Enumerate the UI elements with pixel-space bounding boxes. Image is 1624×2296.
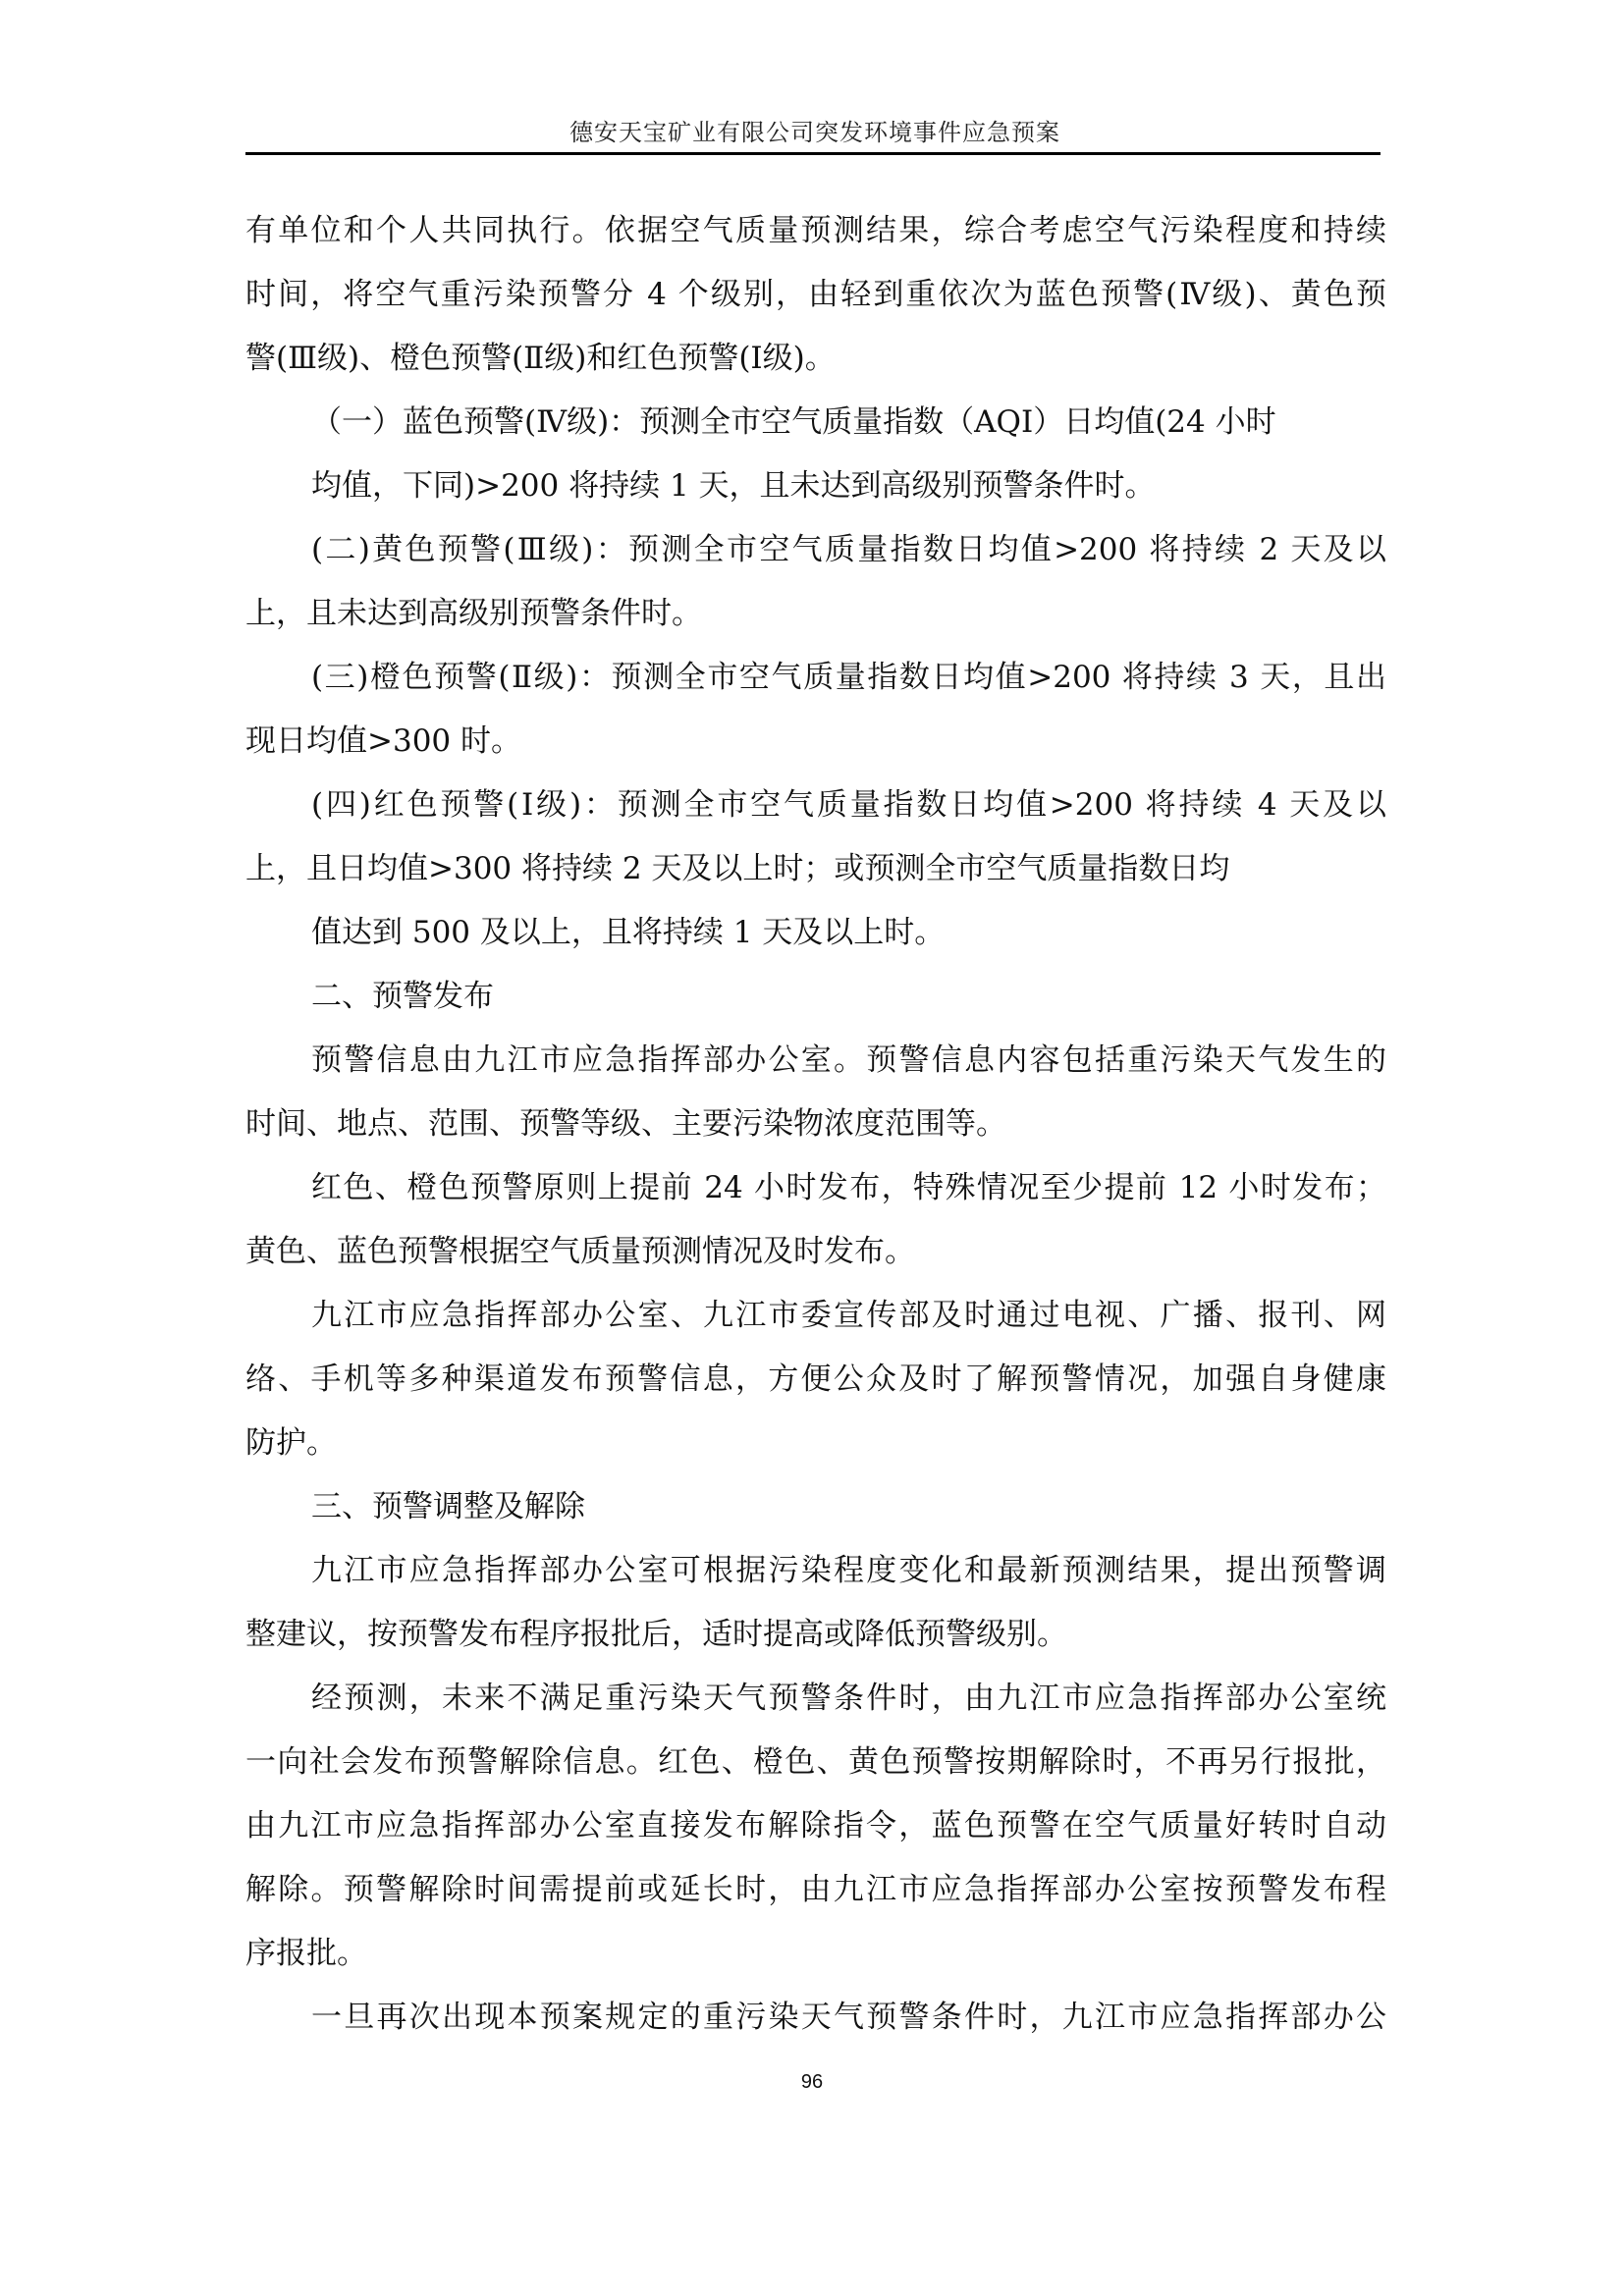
text-line: 现日均值>300 时。 bbox=[245, 720, 1386, 763]
text-line: 黄色、蓝色预警根据空气质量预测情况及时发布。 bbox=[245, 1230, 1386, 1273]
header-divider bbox=[245, 152, 1380, 155]
text-line: (二)黄色预警(Ⅲ级)：预测全市空气质量指数日均值>200 将持续 2 天及以 bbox=[245, 528, 1386, 571]
text-line: 一旦再次出现本预案规定的重污染天气预警条件时，九江市应急指挥部办公 bbox=[245, 1996, 1386, 2039]
document-page: 德安天宝矿业有限公司突发环境事件应急预案 有单位和个人共同执行。依据空气质量预测… bbox=[0, 0, 1624, 2296]
text-line: 均值，下同)>200 将持续 1 天，且未达到高级别预警条件时。 bbox=[245, 464, 1386, 507]
page-number: 96 bbox=[0, 2071, 1624, 2094]
text-line: 红色、橙色预警原则上提前 24 小时发布，特殊情况至少提前 12 小时发布； bbox=[245, 1166, 1386, 1209]
text-line: （一）蓝色预警(Ⅳ级)：预测全市空气质量指数（AQI）日均值(24 小时 bbox=[245, 400, 1386, 444]
text-line: 上，且日均值>300 将持续 2 天及以上时；或预测全市空气质量指数日均 bbox=[245, 847, 1386, 890]
text-line: 九江市应急指挥部办公室、九江市委宣传部及时通过电视、广播、报刊、网 bbox=[245, 1294, 1386, 1337]
text-line: 经预测，未来不满足重污染天气预警条件时，由九江市应急指挥部办公室统 bbox=[245, 1677, 1386, 1720]
text-line: 由九江市应急指挥部办公室直接发布解除指令，蓝色预警在空气质量好转时自动 bbox=[245, 1804, 1386, 1847]
text-line: 九江市应急指挥部办公室可根据污染程度变化和最新预测结果，提出预警调 bbox=[245, 1549, 1386, 1592]
text-line: 上，且未达到高级别预警条件时。 bbox=[245, 592, 1386, 635]
text-line: 值达到 500 及以上，且将持续 1 天及以上时。 bbox=[245, 911, 1386, 954]
text-line: (三)橙色预警(Ⅱ级)：预测全市空气质量指数日均值>200 将持续 3 天，且出 bbox=[245, 656, 1386, 699]
text-line: 解除。预警解除时间需提前或延长时，由九江市应急指挥部办公室按预警发布程 bbox=[245, 1868, 1386, 1911]
text-line: 时间、地点、范围、预警等级、主要污染物浓度范围等。 bbox=[245, 1102, 1386, 1146]
section-heading: 二、预警发布 bbox=[245, 975, 1386, 1018]
text-line: 整建议，按预警发布程序报批后，适时提高或降低预警级别。 bbox=[245, 1613, 1386, 1656]
text-line: 序报批。 bbox=[245, 1932, 1386, 1975]
text-line: 时间，将空气重污染预警分 4 个级别，由轻到重依次为蓝色预警(Ⅳ级)、黄色预 bbox=[245, 273, 1386, 316]
text-line: 一向社会发布预警解除信息。红色、橙色、黄色预警按期解除时，不再另行报批， bbox=[245, 1740, 1386, 1784]
text-line: 络、手机等多种渠道发布预警信息，方便公众及时了解预警情况，加强自身健康 bbox=[245, 1358, 1386, 1401]
section-heading: 三、预警调整及解除 bbox=[245, 1485, 1386, 1528]
running-header-title: 德安天宝矿业有限公司突发环境事件应急预案 bbox=[245, 116, 1384, 149]
text-line: 警(Ⅲ级)、橙色预警(Ⅱ级)和红色预警(Ⅰ级)。 bbox=[245, 337, 1386, 380]
text-line: (四)红色预警(Ⅰ级)：预测全市空气质量指数日均值>200 将持续 4 天及以 bbox=[245, 783, 1386, 827]
text-line: 预警信息由九江市应急指挥部办公室。预警信息内容包括重污染天气发生的 bbox=[245, 1039, 1386, 1082]
text-line: 有单位和个人共同执行。依据空气质量预测结果，综合考虑空气污染程度和持续 bbox=[245, 209, 1386, 252]
text-line: 防护。 bbox=[245, 1421, 1386, 1465]
